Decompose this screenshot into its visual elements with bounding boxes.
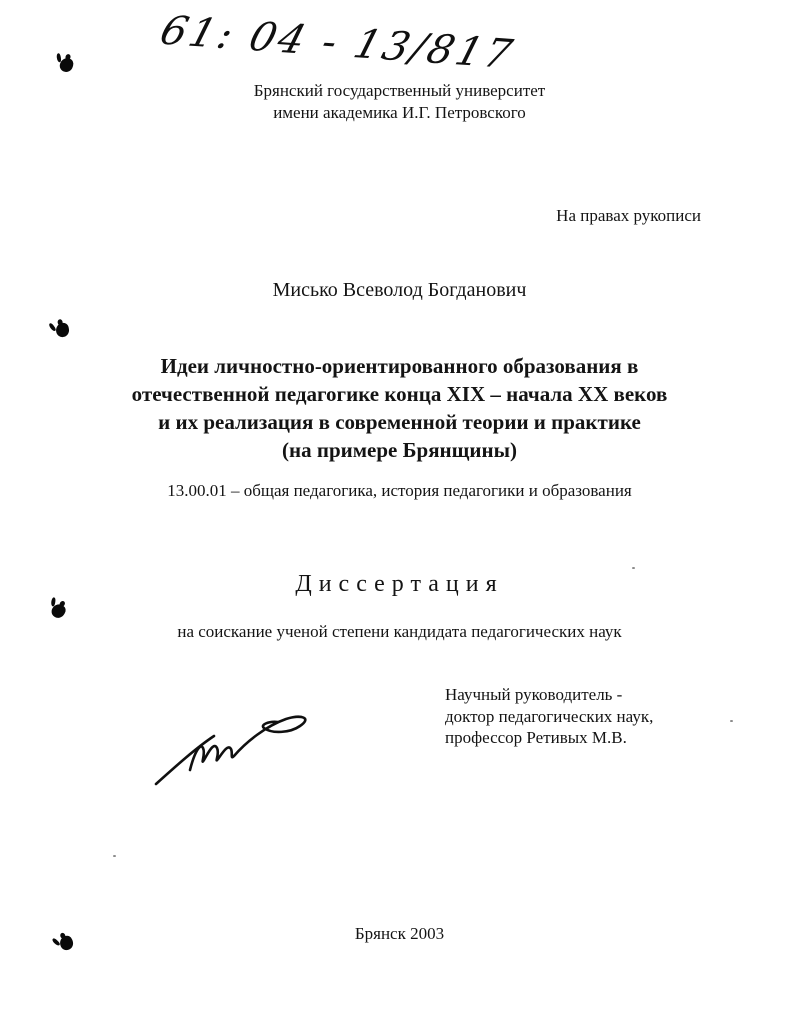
supervisor-block: Научный руководитель - доктор педагогиче… bbox=[445, 684, 653, 749]
scan-speck bbox=[632, 567, 635, 569]
scan-speck bbox=[113, 855, 116, 857]
signature-icon bbox=[148, 688, 348, 788]
university-header: Брянский государственный университет име… bbox=[0, 80, 799, 124]
supervisor-signature bbox=[148, 688, 348, 788]
title-line4: (на примере Брянщины) bbox=[0, 436, 799, 464]
manuscript-rights-note: На правах рукописи bbox=[556, 206, 701, 226]
dissertation-title: Идеи личностно-ориентированного образова… bbox=[0, 352, 799, 464]
scan-speck bbox=[730, 720, 733, 722]
title-line1: Идеи личностно-ориентированного образова… bbox=[0, 352, 799, 380]
document-type-heading: Диссертация bbox=[0, 571, 799, 598]
specialty-code: 13.00.01 – общая педагогика, история пед… bbox=[0, 481, 799, 501]
supervisor-line2: доктор педагогических наук, bbox=[445, 706, 653, 728]
supervisor-line3: профессор Ретивых М.В. bbox=[445, 727, 653, 749]
supervisor-line1: Научный руководитель - bbox=[445, 684, 653, 706]
university-name-line1: Брянский государственный университет bbox=[0, 80, 799, 102]
handwritten-catalog-number: 61: 04 - 13/817 bbox=[155, 8, 487, 76]
dissertation-title-page: 61: 04 - 13/817 Брянский государственный… bbox=[0, 0, 799, 1029]
title-line2: отечественной педагогике конца XIX – нач… bbox=[0, 380, 799, 408]
ink-blot bbox=[55, 322, 70, 338]
university-name-line2: имени академика И.Г. Петровского bbox=[0, 102, 799, 124]
degree-pursuit-line: на соискание ученой степени кандидата пе… bbox=[0, 622, 799, 642]
author-name: Мисько Всеволод Богданович bbox=[0, 279, 799, 302]
city-year: Брянск 2003 bbox=[0, 924, 799, 944]
title-line3: и их реализация в современной теории и п… bbox=[0, 408, 799, 436]
ink-blot bbox=[58, 56, 75, 73]
ink-blot bbox=[49, 602, 68, 621]
